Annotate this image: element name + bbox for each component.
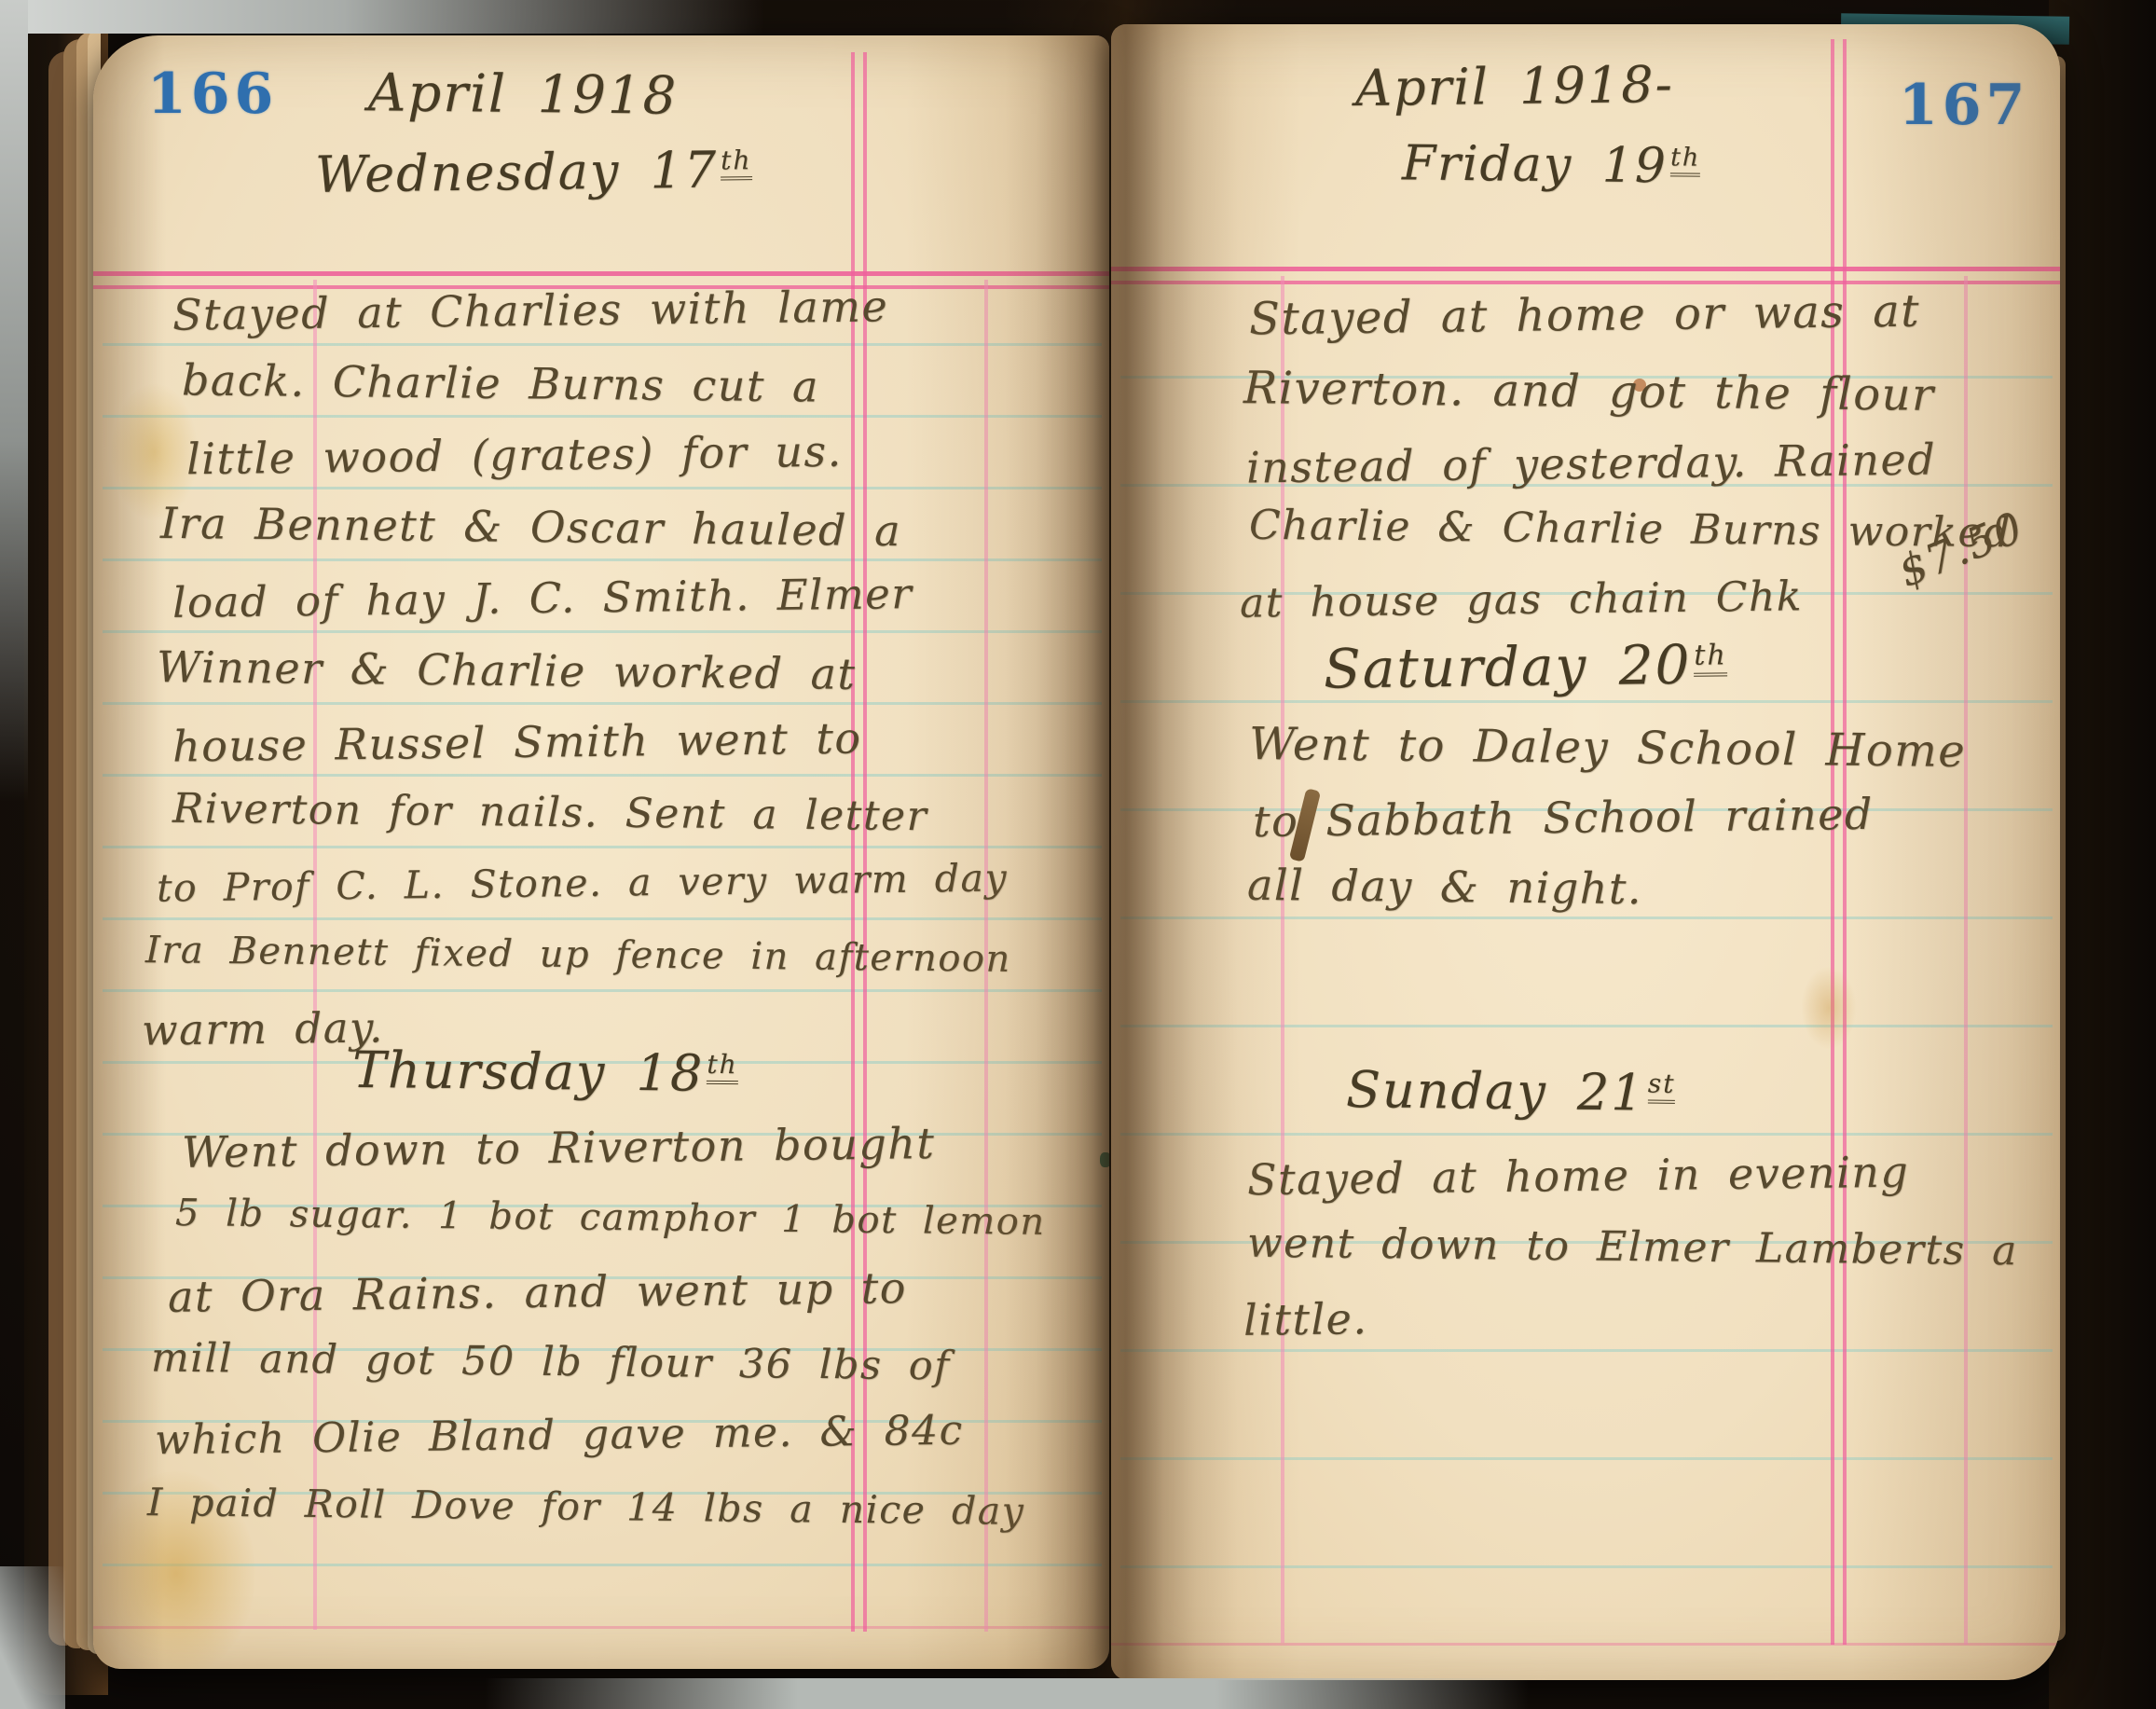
diary-line: mill and got 50 lb flour 36 lbs of <box>151 1339 951 1387</box>
diary-line: to Sabbath School rained <box>1253 792 1874 843</box>
footer-rule <box>1111 1643 2060 1646</box>
diary-page-right: April 1918- 167 Friday 19th Stayed at ho… <box>1111 24 2060 1680</box>
diary-line: which Olie Bland gave me. & 84c <box>155 1411 964 1462</box>
diary-line: house Russel Smith went to <box>172 716 862 767</box>
stain <box>1801 966 1857 1050</box>
diary-line: little. <box>1243 1297 1368 1342</box>
column-line <box>1831 39 1834 1645</box>
diary-line: I paid Roll Dove for 14 lbs a nice day <box>147 1483 1025 1531</box>
diary-page-left: 166 April 1918 Wednesday 17th Stayed at … <box>93 35 1109 1669</box>
diary-line: warm day. <box>142 1006 384 1051</box>
page-number: 166 <box>147 62 278 127</box>
diary-line: Ira Bennett & Oscar hauled a <box>160 502 902 552</box>
frame-edge <box>0 0 764 34</box>
diary-line: Ira Bennett fixed up fence in afternoon <box>145 931 1011 978</box>
diary-line: 5 lb sugar. 1 bot camphor 1 bot lemon <box>175 1194 1046 1241</box>
diary-line: to Prof C. L. Stone. a very warm day <box>157 859 1009 907</box>
entry-heading: Wednesday 17th <box>315 145 752 200</box>
diary-line: at Ora Rains. and went up to <box>168 1266 907 1318</box>
month-header: April 1918 <box>368 67 679 122</box>
entry-heading: Friday 19th <box>1402 139 1701 190</box>
diary-line: Stayed at home or was at <box>1249 289 1921 342</box>
diary-line: at house gas chain Chk <box>1240 576 1803 624</box>
diary-photo: 166 April 1918 Wednesday 17th Stayed at … <box>0 0 2156 1709</box>
entry-heading: Thursday 18th <box>352 1045 738 1099</box>
month-header: April 1918- <box>1355 60 1674 114</box>
page-number: 167 <box>1899 73 2029 138</box>
diary-line: instead of yesterday. Rained <box>1246 437 1937 489</box>
diary-line: Stayed at home in evening <box>1247 1151 1910 1202</box>
diary-line: Riverton for nails. Sent a letter <box>172 789 928 837</box>
diary-line: Went down to Riverton bought <box>182 1122 936 1174</box>
ink-speck <box>1100 1152 1109 1167</box>
diary-line: Went to Daley School Home <box>1249 722 1967 774</box>
entry-heading: Sunday 21st <box>1346 1065 1676 1119</box>
diary-line: Winner & Charlie worked at <box>157 645 857 696</box>
diary-line: Stayed at Charlies with lame <box>172 284 889 336</box>
diary-line: load of hay J. C. Smith. Elmer <box>172 572 913 624</box>
diary-line: little wood (grates) for us. <box>186 430 843 481</box>
diary-line: back. Charlie Burns cut a <box>182 358 819 407</box>
footer-rule <box>93 1626 1109 1629</box>
column-line <box>1964 276 1968 1645</box>
diary-line: Riverton. and got the flour <box>1243 365 1935 418</box>
diary-line: all day & night. <box>1247 863 1643 910</box>
frame-edge <box>485 1678 1529 1709</box>
header-rule <box>1111 267 2060 284</box>
column-line <box>1843 39 1847 1645</box>
entry-heading: Saturday 20th <box>1324 637 1728 696</box>
diary-line: went down to Elmer Lamberts a <box>1247 1223 2018 1273</box>
